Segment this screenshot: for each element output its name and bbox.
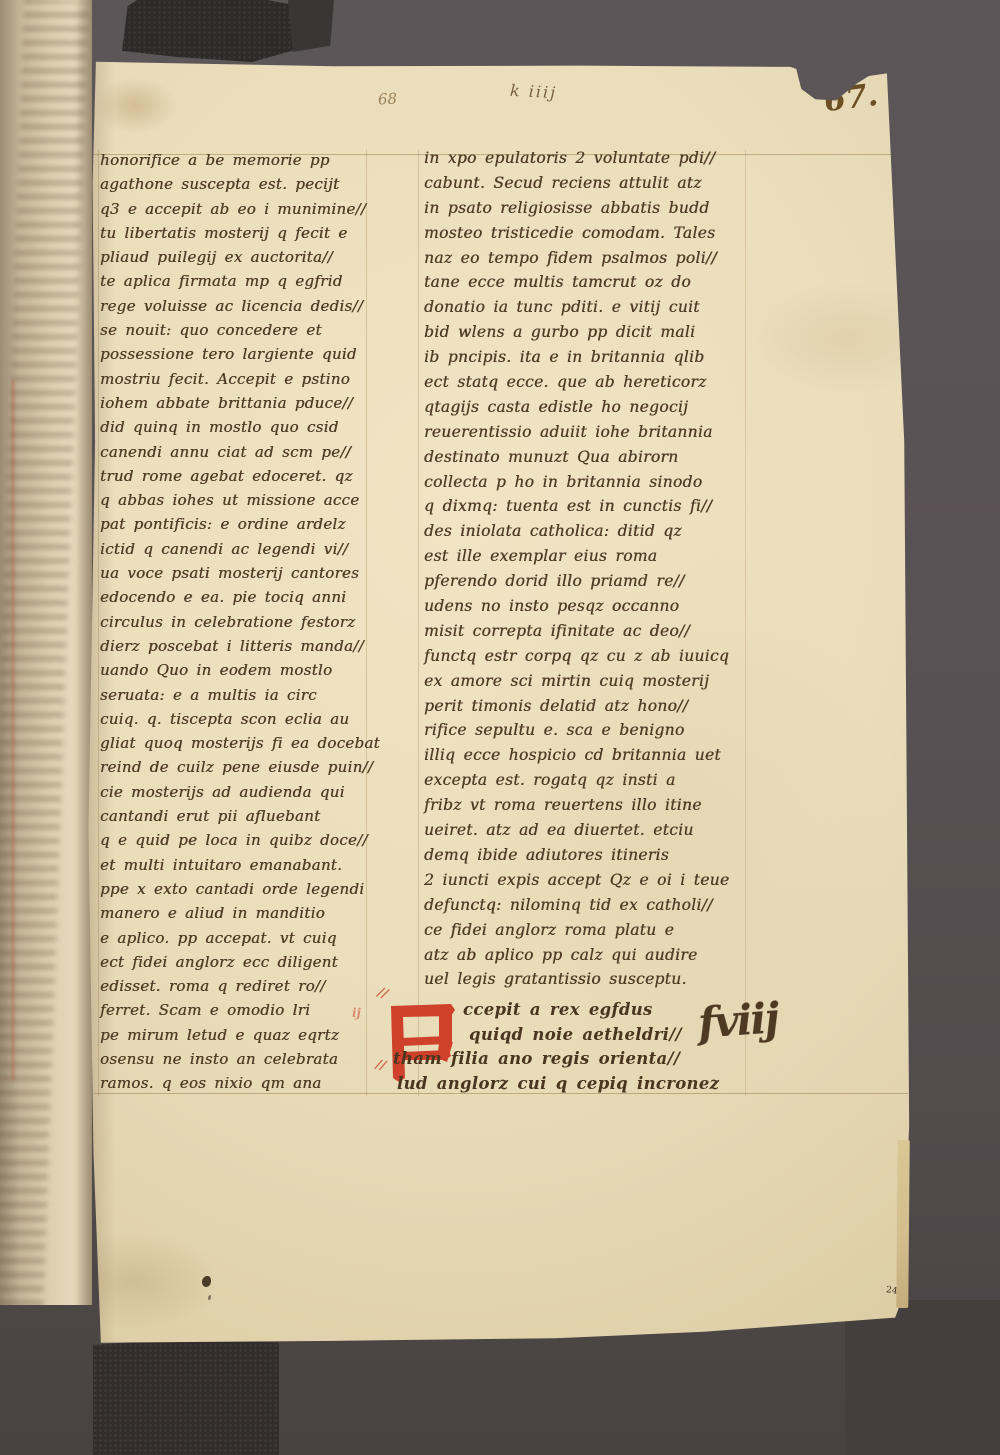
text-line: osensu ne insto an celebrata	[100, 1047, 368, 1071]
folio-number-verso: 68	[378, 90, 398, 109]
text-column-left: honorifice a be memorie ppagathone susce…	[100, 148, 368, 1096]
text-line: qtagijs casta edistle ho negocij	[424, 395, 760, 420]
text-line: agathone suscepta est. pecijt	[100, 172, 368, 196]
facing-page-blur	[0, 0, 92, 1455]
red-margin-ij: ij	[352, 1006, 361, 1020]
text-line: pferendo dorid illo priamd re//	[424, 569, 760, 594]
text-line: fribz vt roma reuertens illo itine	[424, 793, 760, 818]
text-line: cuiq. q. tiscepta scon eclia au	[100, 707, 368, 731]
text-line: cabunt. Secud reciens attulit atz	[424, 171, 760, 196]
text-line: defunctq: nilominq tid ex catholi//	[424, 893, 760, 918]
text-line: misit correpta ifinitate ac deo//	[424, 619, 760, 644]
text-line: cie mosterijs ad audienda qui	[100, 780, 368, 804]
text-line: ib pncipis. ita e in britannia qlib	[424, 345, 760, 370]
text-line: ictid q canendi ac legendi vi//	[100, 537, 368, 561]
text-line: q3 e accepit ab eo i munimine//	[100, 197, 368, 221]
text-line: donatio ia tunc pditi. e vitij cuit	[424, 295, 760, 320]
text-line: ex amore sci mirtin cuiq mosterij	[424, 669, 760, 694]
text-line: functq estr corpq qz cu z ab iuuicq	[424, 644, 760, 669]
text-line: bid wlens a gurbo pp dicit mali	[424, 320, 760, 345]
chapter-margin-numeral: fviij	[696, 993, 779, 1047]
text-line: mosteo tristicedie comodam. Tales	[424, 221, 760, 246]
text-line: dierz poscebat i litteris manda//	[100, 634, 368, 658]
text-line: q abbas iohes ut missione acce	[100, 488, 368, 512]
foam-support-top	[122, 0, 308, 62]
table-surface-bottom-right	[845, 1300, 1000, 1455]
text-line: mostriu fecit. Accepit e pstino	[100, 367, 368, 391]
text-line: atz ab aplico pp calz qui audire	[424, 943, 760, 968]
text-line: pliaud puilegij ex auctorita//	[100, 245, 368, 269]
folio-number-recto: 67.	[822, 77, 880, 119]
text-line: uando Quo in eodem mostlo	[100, 658, 368, 682]
quire-signature: k iiij	[510, 81, 558, 102]
facing-page-edge-shadow	[76, 0, 92, 1455]
facing-page-red-ruling	[12, 380, 14, 1080]
text-line: seruata: e a multis ia circ	[100, 683, 368, 707]
text-line: edocendo e ea. pie tociq anni	[100, 585, 368, 609]
text-line: naz eo tempo fidem psalmos poli//	[424, 246, 760, 271]
text-line: ect statq ecce. que ab hereticorz	[424, 370, 760, 395]
text-line: est ille exemplar eius roma	[424, 544, 760, 569]
text-column-right: in xpo epulatoris 2 voluntate pdi//cabun…	[424, 146, 760, 992]
text-line: in xpo epulatoris 2 voluntate pdi//	[424, 146, 760, 171]
text-line: iohem abbate brittania pduce//	[100, 391, 368, 415]
chapter-line: lud anglorz cui q cepiq incronez	[381, 1072, 771, 1097]
text-line: ramos. q eos nixio qm ana	[100, 1071, 368, 1095]
text-line: uel legis gratantissio susceptu.	[424, 967, 760, 992]
text-line: q e quid pe loca in quibz doce//	[100, 828, 368, 852]
text-line: collecta p ho in britannia sinodo	[424, 470, 760, 495]
foam-support-bottom	[93, 1338, 279, 1455]
text-line: reind de cuilz pene eiusde puin//	[100, 755, 368, 779]
text-line: circulus in celebratione festorz	[100, 610, 368, 634]
text-line: pat pontificis: e ordine ardelz	[100, 512, 368, 536]
text-line: excepta est. rogatq qz insti a	[424, 768, 760, 793]
text-line: ce fidei anglorz roma platu e	[424, 918, 760, 943]
text-line: tane ecce multis tamcrut oz do	[424, 270, 760, 295]
text-line: demq ibide adiutores itineris	[424, 843, 760, 868]
text-line: reuerentissio aduiit iohe britannia	[424, 420, 760, 445]
text-line: destinato munuzt Qua abirorn	[424, 445, 760, 470]
text-line: canendi annu ciat ad scm pe//	[100, 440, 368, 464]
text-line: 2 iuncti expis accept Qz e oi i teue	[424, 868, 760, 893]
text-line: did quinq in mostlo quo csid	[100, 415, 368, 439]
text-line: manero e aliud in manditio	[100, 901, 368, 925]
text-line: rege voluisse ac licencia dedis//	[100, 294, 368, 318]
text-line: ppe x exto cantadi orde legendi	[100, 877, 368, 901]
ruling-line-left-margin	[98, 150, 99, 1096]
text-line: trud rome agebat edoceret. qz	[100, 464, 368, 488]
text-line: udens no insto pesqz occanno	[424, 594, 760, 619]
text-line: gliat quoq mosterijs fi ea docebat	[100, 731, 368, 755]
text-line: pe mirum letud e quaz eqrtz	[100, 1023, 368, 1047]
ink-spot	[202, 1276, 211, 1287]
text-line: cantandi erut pii afluebant	[100, 804, 368, 828]
text-line: rifice sepultu e. sca e benigno	[424, 718, 760, 743]
text-line: se nouit: quo concedere et	[100, 318, 368, 342]
text-line: illiq ecce hospicio cd britannia uet	[424, 743, 760, 768]
text-line: e aplico. pp accepat. vt cuiq	[100, 926, 368, 950]
text-line: des iniolata catholica: ditid qz	[424, 519, 760, 544]
chapter-line: tham filia ano regis orienta//	[381, 1047, 771, 1072]
text-line: possessione tero largiente quid	[100, 342, 368, 366]
text-line: tu libertatis mosterij q fecit e	[100, 221, 368, 245]
text-line: in psato religiosisse abbatis budd	[424, 196, 760, 221]
text-line: q dixmq: tuenta est in cunctis fi//	[424, 494, 760, 519]
text-line: te aplica firmata mp q egfrid	[100, 269, 368, 293]
text-line: ua voce psati mosterij cantores	[100, 561, 368, 585]
text-line: edisset. roma q rediret ro//	[100, 974, 368, 998]
fore-edge-pages	[896, 1140, 909, 1308]
foam-support-top-face	[288, 0, 334, 52]
text-line: ferret. Scam e omodio lri	[100, 998, 368, 1022]
text-line: honorifice a be memorie pp	[100, 148, 368, 172]
text-line: et multi intuitaro emanabant.	[100, 853, 368, 877]
ruling-line-col-right-left	[418, 150, 419, 1096]
manuscript-photo: 68 k iiij 67. honorifice a be memorie pp…	[0, 0, 1000, 1455]
manuscript-page: 68 k iiij 67. honorifice a be memorie pp…	[86, 54, 910, 1346]
text-line: perit timonis delatid atz hono//	[424, 694, 760, 719]
text-line: ect fidei anglorz ecc diligent	[100, 950, 368, 974]
text-line: ueiret. atz ad ea diuertet. etciu	[424, 818, 760, 843]
